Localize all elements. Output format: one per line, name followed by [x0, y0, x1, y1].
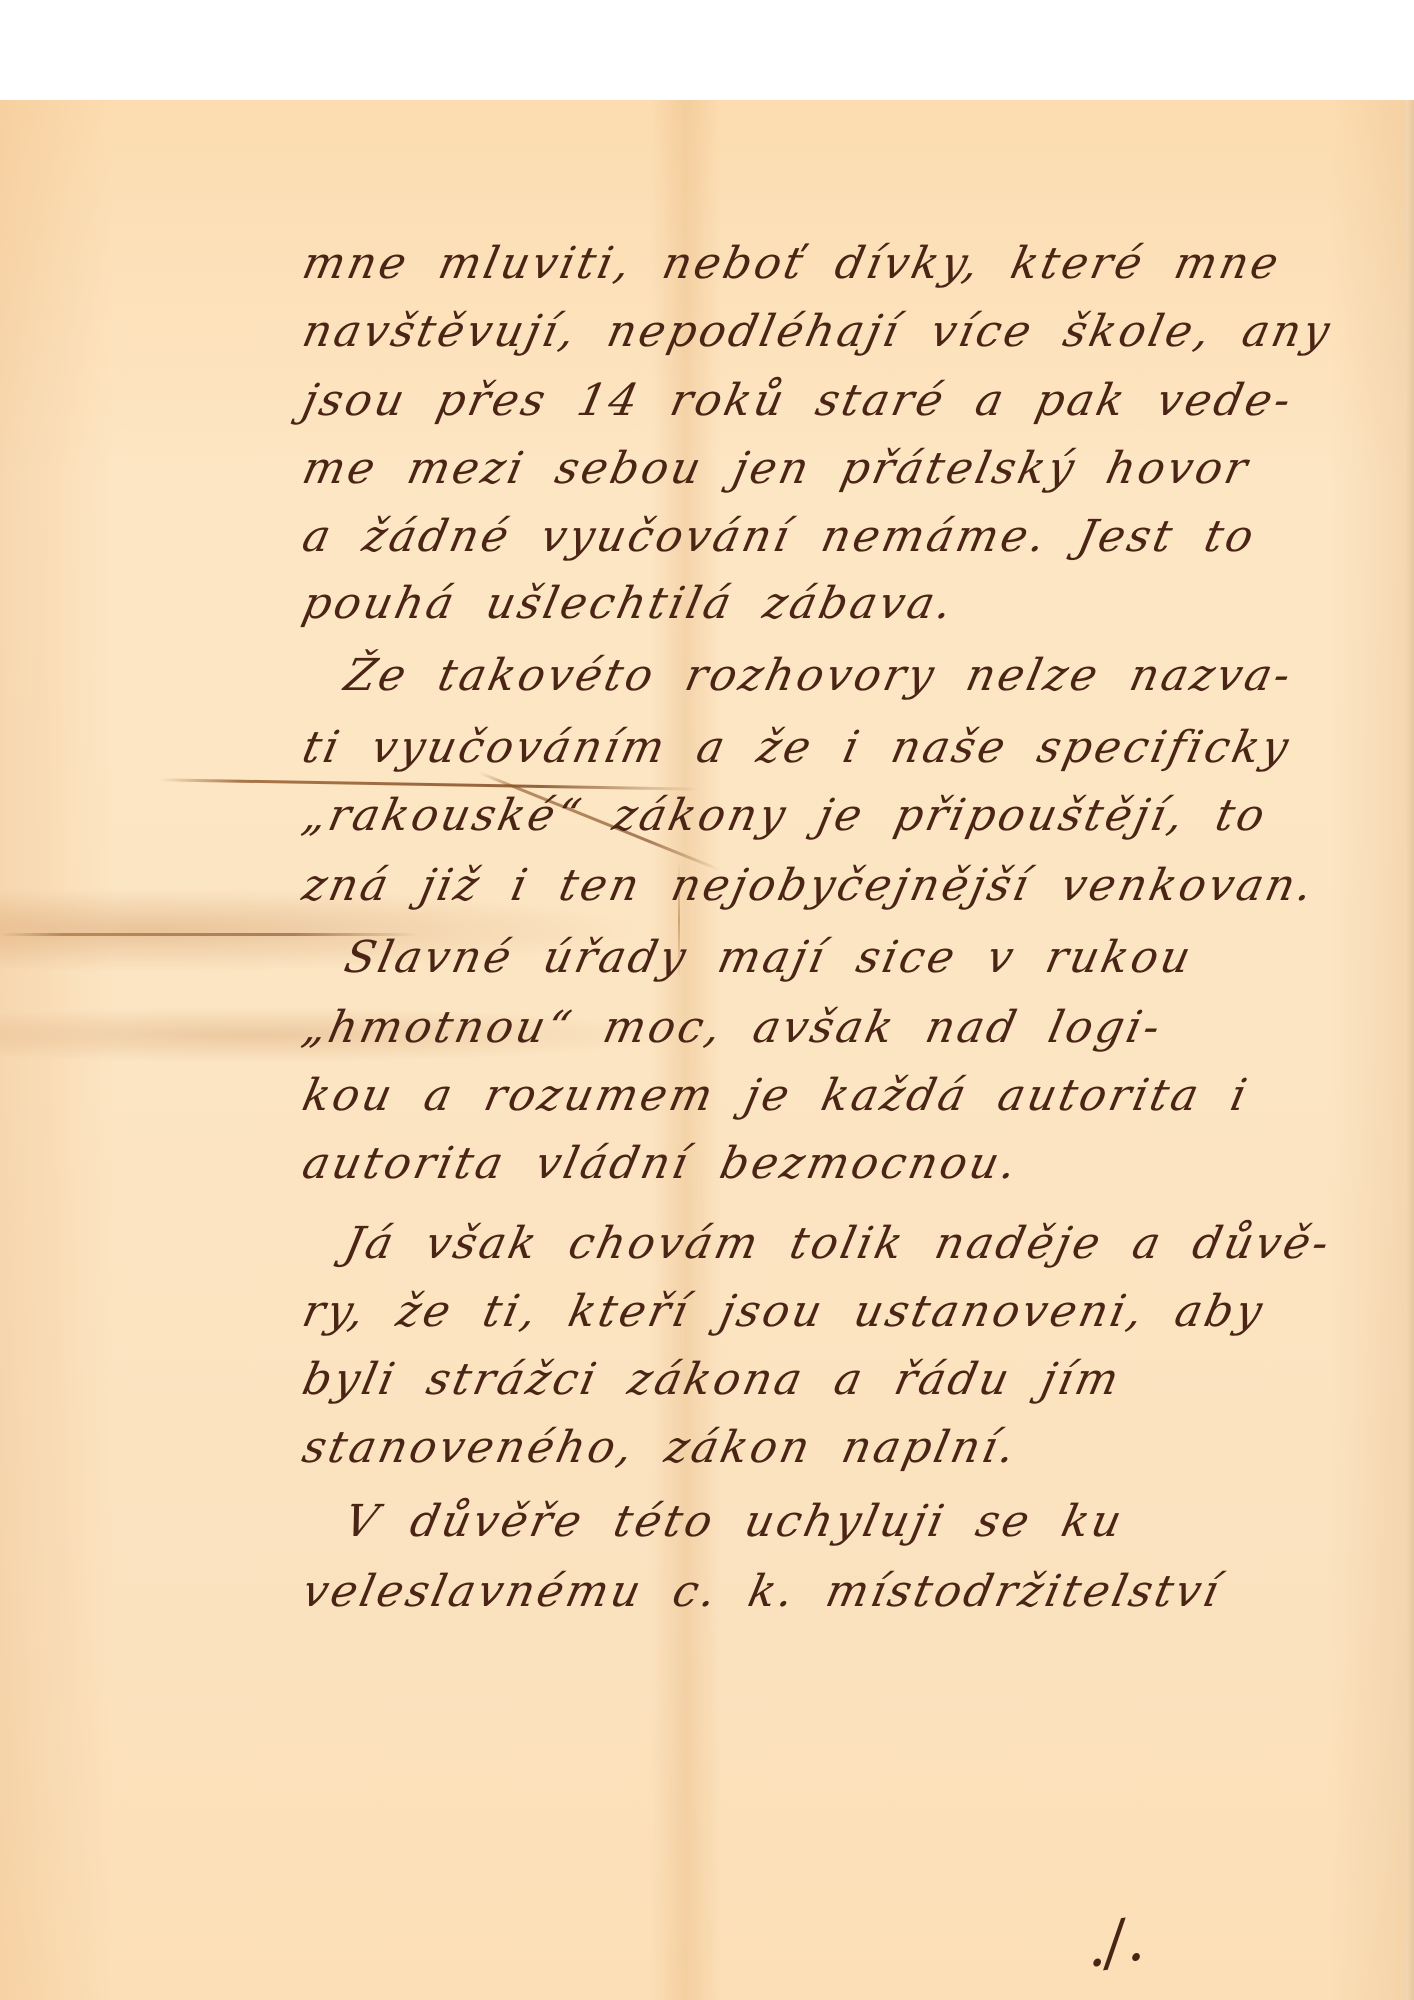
text-line-7: Že takovéto rozhovory nelze nazva-	[340, 650, 1298, 701]
text-line-13: kou a rozumem je každá autorita i	[298, 1070, 1254, 1121]
text-line-1: mne mluviti, neboť dívky, které mne	[298, 238, 1286, 289]
text-line-2: navštěvují, nepodléhají více škole, any	[298, 306, 1337, 357]
text-line-9: „rakouské“ zákony je připouštějí, to	[298, 790, 1272, 841]
text-line-10: zná již i ten nejobyčejnější venkovan.	[298, 860, 1320, 911]
text-line-16: ry, že ti, kteří jsou ustanoveni, aby	[298, 1286, 1270, 1337]
text-line-3: jsou přes 14 roků staré a pak vede-	[298, 375, 1298, 426]
text-line-4: me mezi sebou jen přátelský hovor	[298, 443, 1255, 494]
text-line-20: veleslavnému c. k. místodržitelství	[298, 1566, 1226, 1617]
text-line-8: ti vyučováním a že i naše specificky	[298, 722, 1296, 773]
text-line-19: V důvěře této uchyluji se ku	[340, 1496, 1129, 1547]
text-line-15: Já však chovám tolik naděje a důvě-	[340, 1218, 1336, 1269]
text-line-11: Slavné úřady mají sice v rukou	[340, 932, 1198, 983]
text-line-6: pouhá ušlechtilá zábava.	[298, 578, 959, 629]
paper-right-edge	[1406, 100, 1414, 2000]
text-line-12: „hmotnou“ moc, avšak nad logi-	[298, 1002, 1167, 1053]
text-line-14: autorita vládní bezmocnou.	[298, 1138, 1024, 1189]
text-line-5: a žádné vyučování nemáme. Jest to	[298, 511, 1261, 562]
text-line-18: stanoveného, zákon naplní.	[298, 1422, 1022, 1473]
text-line-17: byli strážci zákona a řádu jím	[298, 1354, 1126, 1405]
continuation-mark: ./.	[1080, 1904, 1148, 1981]
